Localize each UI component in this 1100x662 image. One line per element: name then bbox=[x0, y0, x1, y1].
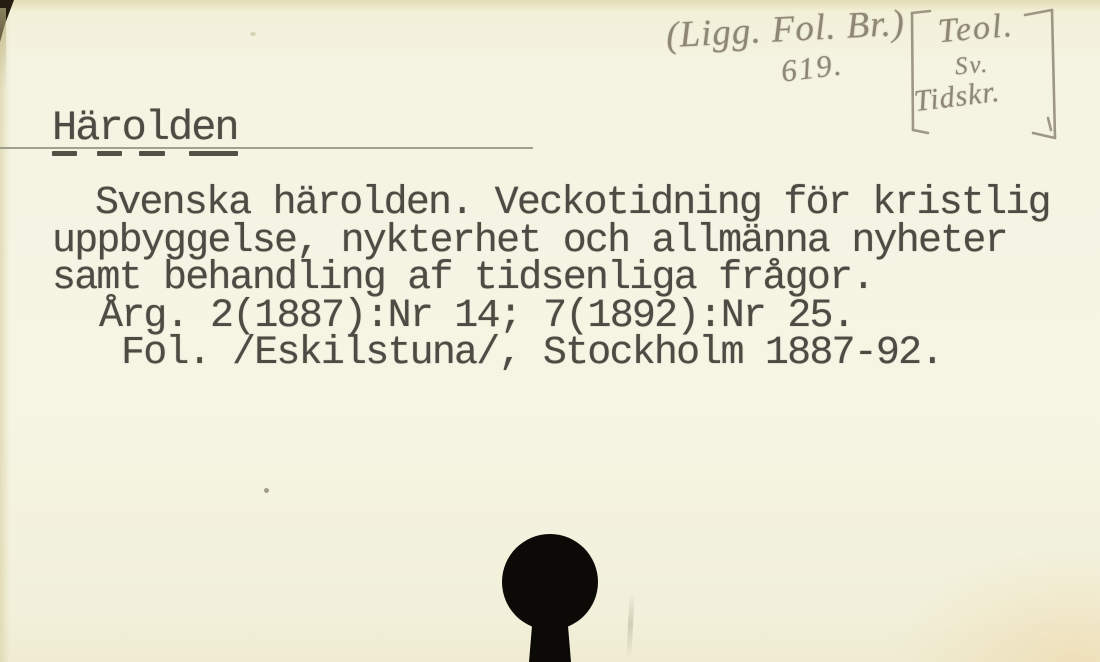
underline-dash bbox=[189, 151, 238, 156]
classification-line-teol: Teol. bbox=[936, 7, 1015, 51]
heading-emphasis-dashes bbox=[52, 151, 252, 157]
card-heading: Härolden bbox=[52, 108, 238, 148]
left-edge-streak bbox=[0, 8, 6, 92]
paper-speck bbox=[264, 488, 269, 493]
card-body: Svenska härolden. Veckotidning för krist… bbox=[52, 185, 1050, 373]
underline-dash bbox=[97, 151, 122, 156]
handwritten-number: 619. bbox=[779, 46, 845, 89]
pencil-smudge bbox=[626, 592, 634, 658]
body-line: Årg. 2(1887):Nr 14; 7(1892):Nr 25. bbox=[52, 298, 1050, 336]
paper-speck bbox=[250, 32, 256, 36]
underline-dash bbox=[52, 151, 77, 156]
handwritten-shelfmark: (Ligg. Fol. Br.) bbox=[665, 2, 906, 57]
card-left-edge bbox=[0, 0, 10, 662]
body-line: Fol. /Eskilstuna/, Stockholm 1887-92. bbox=[52, 335, 1050, 373]
underline-dash bbox=[139, 151, 165, 156]
body-line: uppbyggelse, nykterhet och allmänna nyhe… bbox=[52, 223, 1050, 261]
body-line: samt behandling af tidsenliga frågor. bbox=[52, 260, 1050, 298]
keyhole-punch-hole bbox=[495, 528, 605, 662]
catalog-card-scan: (Ligg. Fol. Br.) 619. Teol. Sv. Tidskr. … bbox=[0, 0, 1100, 662]
body-line: Svenska härolden. Veckotidning för krist… bbox=[52, 185, 1050, 223]
heading-rule-line bbox=[0, 147, 533, 149]
